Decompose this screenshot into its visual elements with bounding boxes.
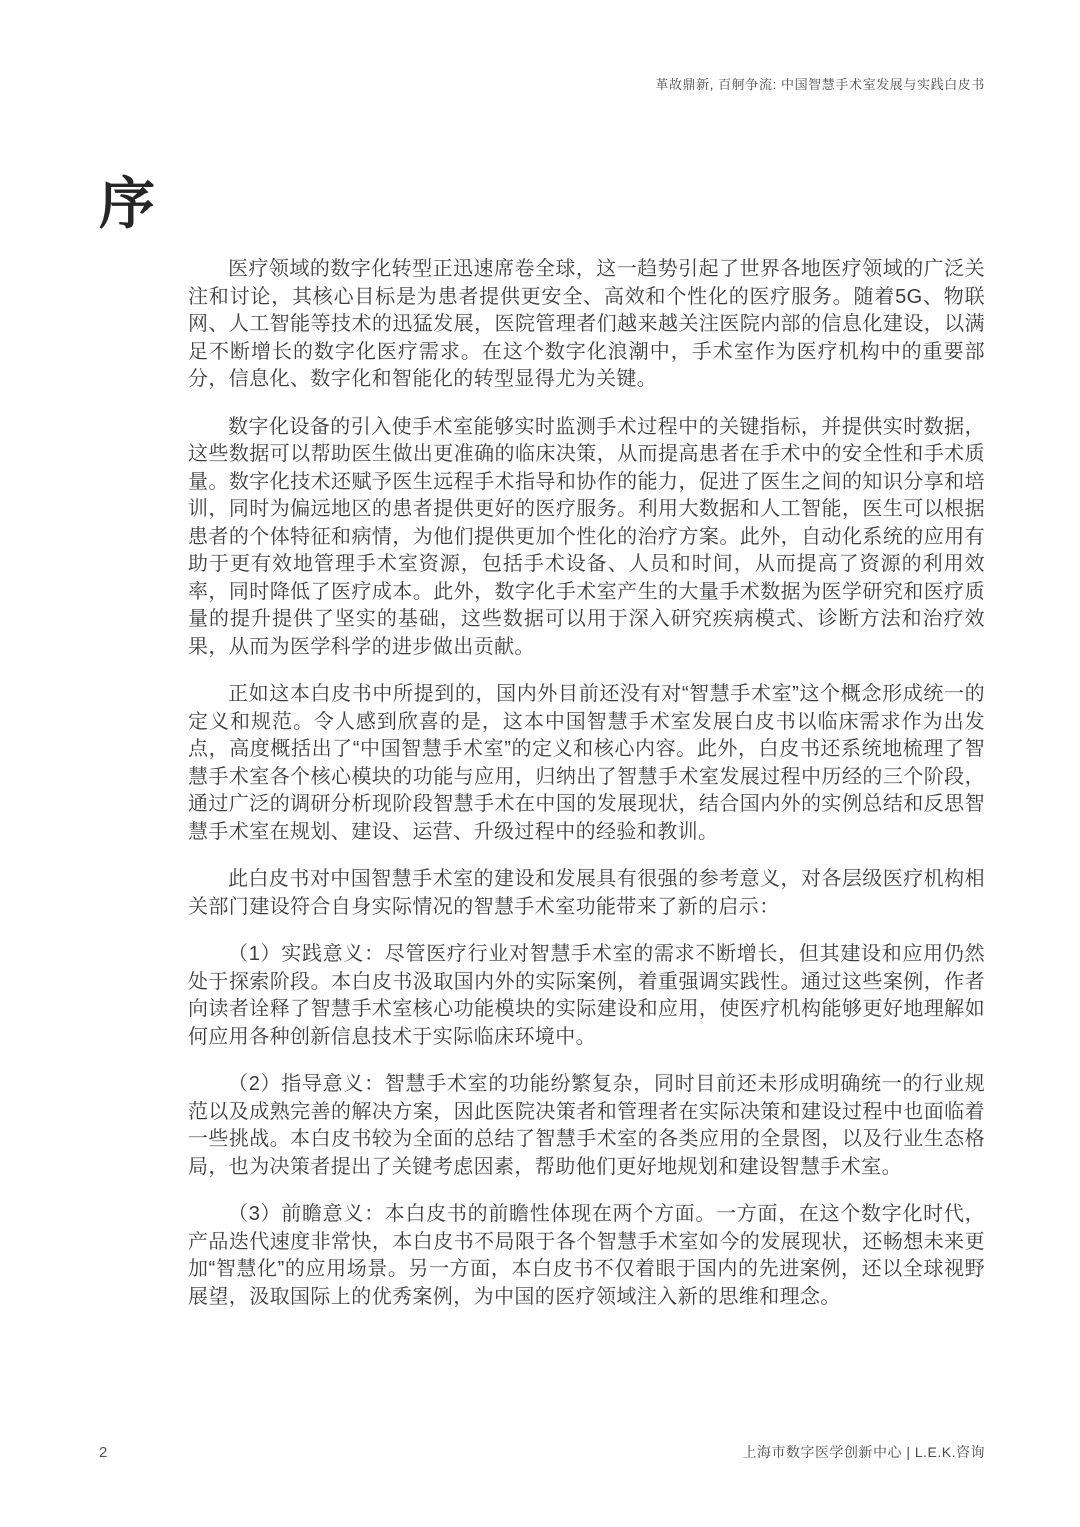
preface-paragraph: 数字化设备的引入使手术室能够实时监测手术过程中的关键指标，并提供实时数据，这些数… [188, 414, 985, 662]
preface-paragraph: 此白皮书对中国智慧手术室的建设和发展具有很强的参考意义，对各层级医疗机构相关部门… [188, 866, 985, 921]
footer-publisher: 上海市数字医学创新中心 | L.E.K.咨询 [742, 1442, 985, 1462]
preface-content: 医疗领域的数字化转型正迅速席卷全球，这一趋势引起了世界各地医疗领域的广泛关注和讨… [188, 256, 985, 1331]
page-footer: 2 上海市数字医学创新中心 | L.E.K.咨询 [99, 1442, 985, 1462]
page-title: 序 [99, 160, 157, 240]
preface-paragraph: （2）指导意义：智慧手术室的功能纷繁复杂，同时目前还未形成明确统一的行业规范以及… [188, 1071, 985, 1181]
running-header: 革故鼎新, 百舸争流: 中国智慧手术室发展与实践白皮书 [655, 74, 985, 93]
preface-paragraph: 正如这本白皮书中所提到的，国内外目前还没有对“智慧手术室”这个概念形成统一的定义… [188, 681, 985, 846]
preface-paragraph: （1）实践意义：尽管医疗行业对智慧手术室的需求不断增长，但其建设和应用仍然处于探… [188, 941, 985, 1051]
page-number: 2 [99, 1444, 107, 1461]
preface-paragraph: （3）前瞻意义：本白皮书的前瞻性体现在两个方面。一方面，在这个数字化时代，产品迭… [188, 1201, 985, 1311]
document-page: 革故鼎新, 百舸争流: 中国智慧手术室发展与实践白皮书 序 医疗领域的数字化转型… [0, 0, 1080, 1527]
preface-paragraph: 医疗领域的数字化转型正迅速席卷全球，这一趋势引起了世界各地医疗领域的广泛关注和讨… [188, 256, 985, 394]
